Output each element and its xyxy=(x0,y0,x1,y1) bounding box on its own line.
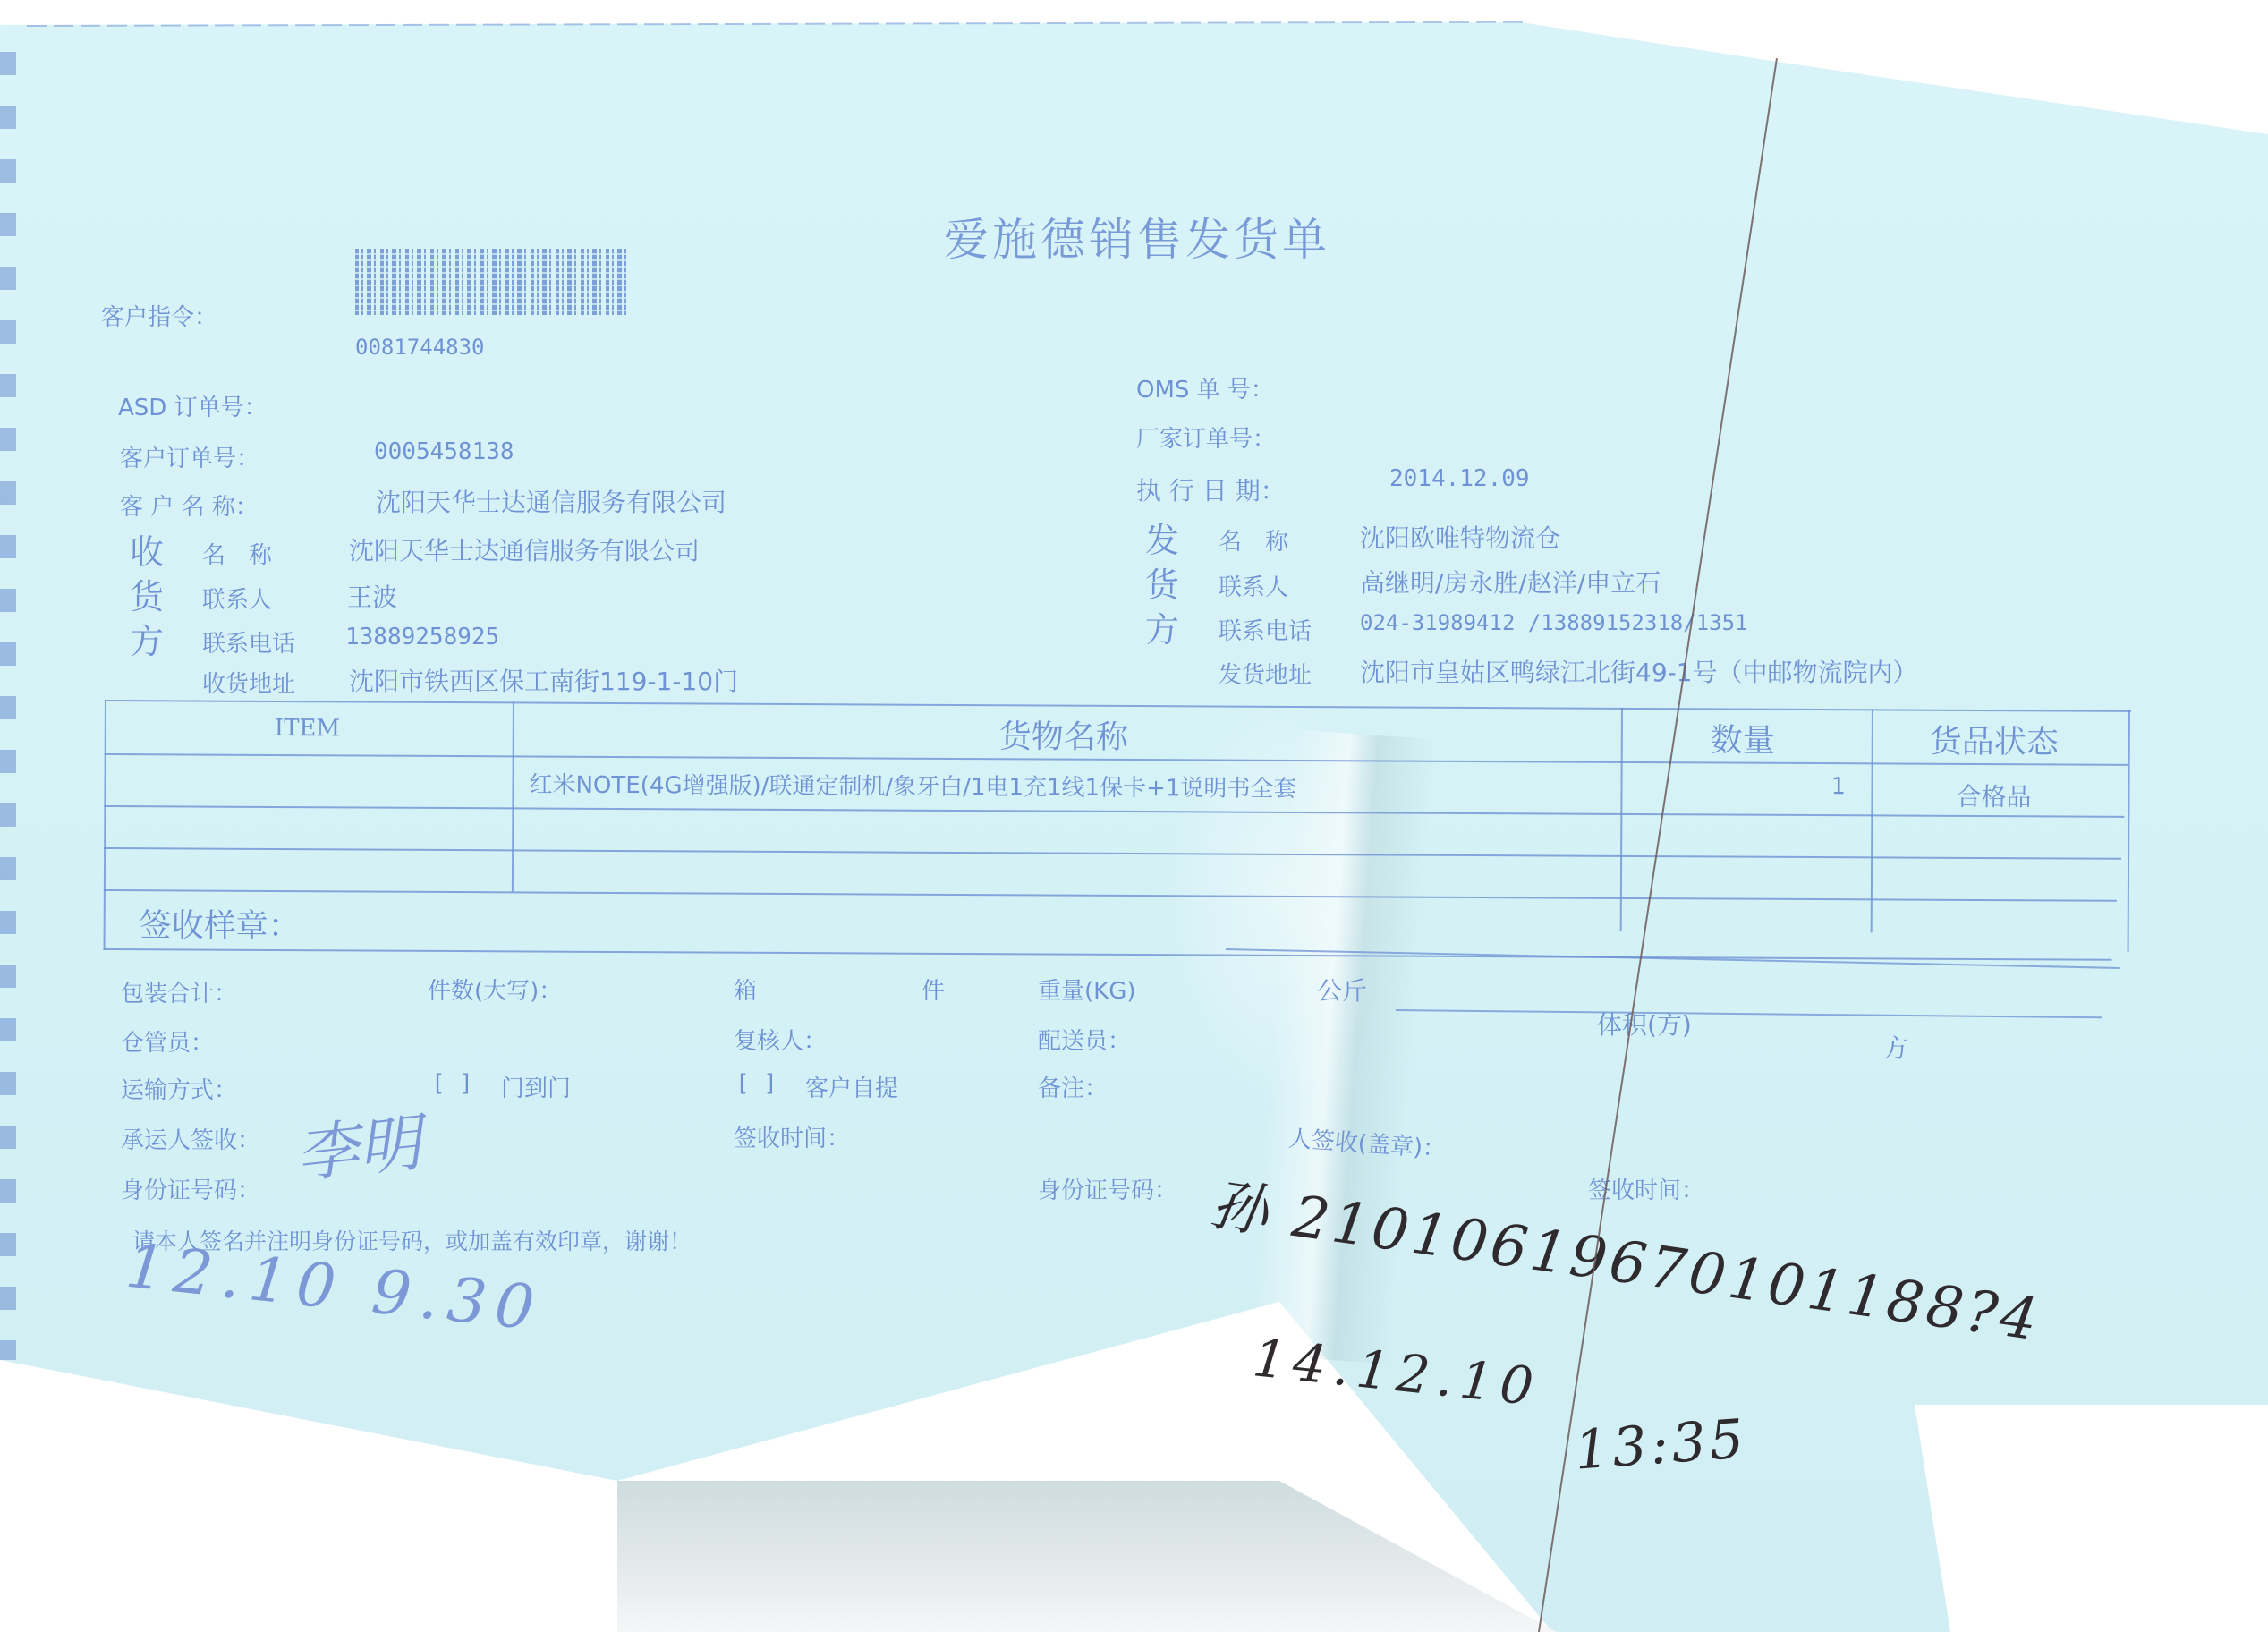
consignee-contact-value: 王波 xyxy=(347,578,397,614)
table-row-divider xyxy=(104,889,2117,902)
column-header-quantity: 数量 xyxy=(1711,715,1775,761)
consignee-phone-label: 联系电话 xyxy=(202,625,295,659)
warehouse-keeper-label: 仓管员： xyxy=(121,1024,214,1058)
sign-stamp-label: 签收样章： xyxy=(140,900,301,947)
shipper-address-label: 发货地址 xyxy=(1219,657,1312,690)
carrier-sign-label: 承运人签收： xyxy=(121,1122,260,1155)
table-border-left xyxy=(104,700,106,950)
barcode xyxy=(355,249,627,315)
transport-mode-label: 运输方式： xyxy=(121,1072,237,1105)
deliverer-label: 配送员： xyxy=(1038,1023,1131,1056)
shipper-address-value: 沈阳市皇姑区鸭绿江北街49-1号（中邮物流院内） xyxy=(1360,653,1918,689)
door-to-door-label: 门到门 xyxy=(501,1070,571,1103)
box-unit: 箱 xyxy=(734,973,757,1006)
shipper-side-label-2: 货 xyxy=(1145,557,1179,607)
shipper-contact-value: 高继明/房永胜/赵洋/申立石 xyxy=(1360,564,1661,599)
customer-name-value: 沈阳天华士达通信服务有限公司 xyxy=(376,483,726,519)
execution-date-value: 2014.12.09 xyxy=(1389,465,1530,492)
tractor-feed-holes xyxy=(0,36,16,1360)
consignee-side-label-2: 货 xyxy=(130,569,164,618)
customer-order-label: 客户订单号： xyxy=(120,440,259,473)
id-no-left-label: 身份证号码： xyxy=(121,1172,260,1205)
piece-count-label: 件数(大写)： xyxy=(428,973,562,1006)
id-no-right-label: 身份证号码： xyxy=(1038,1172,1177,1205)
table-col-divider xyxy=(512,701,514,891)
volume-label: 体积(方) xyxy=(1597,1006,1692,1041)
door-to-door-checkbox[interactable]: [ ] xyxy=(431,1070,473,1097)
row-goods-status: 合格品 xyxy=(1956,778,2031,813)
weight-label: 重量(KG) xyxy=(1038,973,1136,1006)
consignee-name-label: 名 称 xyxy=(202,537,272,570)
row-quantity: 1 xyxy=(1831,773,1845,800)
consignee-side-label-3: 方 xyxy=(130,614,164,663)
remarks-label: 备注： xyxy=(1038,1070,1108,1103)
consignee-contact-label: 联系人 xyxy=(202,582,272,615)
weight-unit: 公斤 xyxy=(1317,972,1367,1007)
handwritten-receiver-time: 13:35 xyxy=(1573,1407,1749,1482)
sign-time-left-label: 签收时间： xyxy=(734,1120,850,1153)
document-title: 爱施德销售发货单 xyxy=(944,204,1330,268)
row-goods-name: 红米NOTE(4G增强版)/联通定制机/象牙白/1电1充1线1保卡+1说明书全套 xyxy=(529,766,1296,803)
table-row-divider xyxy=(104,847,2121,860)
asd-order-label: ASD 订单号： xyxy=(118,389,268,422)
carrier-signature: 李明 xyxy=(291,1092,425,1195)
customer-order-value: 0005458138 xyxy=(374,438,514,465)
self-pickup-checkbox[interactable]: [ ] xyxy=(735,1070,777,1097)
manufacturer-order-label: 厂家订单号： xyxy=(1136,421,1276,454)
volume-unit: 方 xyxy=(1883,1029,1908,1065)
shipper-side-label-3: 方 xyxy=(1145,602,1179,651)
oms-no-label: OMS 单 号： xyxy=(1136,371,1274,404)
column-header-goods-status: 货品状态 xyxy=(1930,717,2059,763)
shipper-name-label: 名 称 xyxy=(1219,523,1288,557)
column-header-goods-name: 货物名称 xyxy=(999,711,1128,758)
consignee-name-value: 沈阳天华士达通信服务有限公司 xyxy=(349,531,700,567)
column-header-item: ITEM xyxy=(275,715,340,742)
shipper-phone-label: 联系电话 xyxy=(1219,613,1312,646)
piece-unit: 件 xyxy=(922,973,945,1006)
package-total-label: 包装合计： xyxy=(121,975,237,1008)
customer-instruction-label: 客户指令： xyxy=(101,299,217,332)
table-row-divider xyxy=(104,805,2124,818)
self-pickup-label: 客户自提 xyxy=(805,1070,898,1103)
barcode-number: 0081744830 xyxy=(355,335,485,360)
consignee-phone-value: 13889258925 xyxy=(345,624,499,650)
shipper-name-value: 沈阳欧唯特物流仓 xyxy=(1360,519,1560,555)
shipper-contact-label: 联系人 xyxy=(1219,569,1288,602)
shipper-side-label-1: 发 xyxy=(1145,513,1179,562)
consignee-side-label-1: 收 xyxy=(130,524,164,574)
table-border-right xyxy=(2128,710,2130,952)
items-table: ITEM 货物名称 数量 货品状态 红米NOTE(4G增强版)/联通定制机/象牙… xyxy=(104,700,2131,961)
execution-date-label: 执 行 日 期： xyxy=(1136,472,1286,507)
consignee-address-label: 收货地址 xyxy=(202,666,295,699)
reviewer-label: 复核人： xyxy=(734,1023,827,1056)
customer-name-label: 客 户 名 称： xyxy=(120,489,259,522)
consignee-address-value: 沈阳市铁西区保工南街119-1-10门 xyxy=(349,662,738,698)
